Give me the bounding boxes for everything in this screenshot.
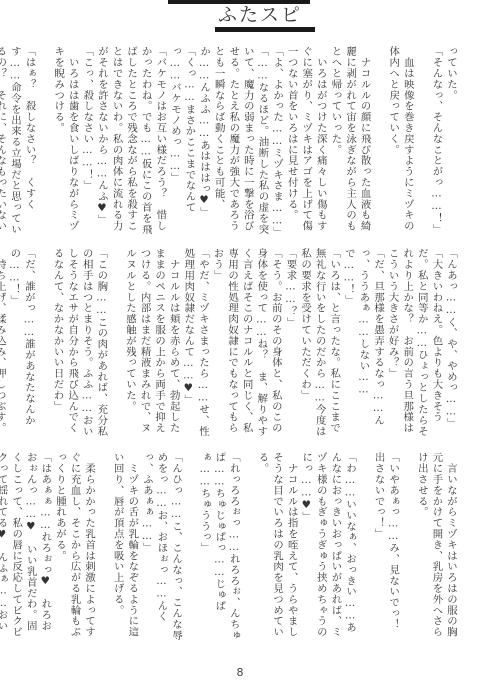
- text-tier-middle: 「んあっ……く、や、やめっ……」 「大きいわねえ。色よりも大きそうだ。私と同等か…: [18, 248, 458, 438]
- paragraph: いろはがつけた深く痛々しい傷もすぐに塞がり、ミヅキはアゴを上げて傷一つない首をい…: [284, 46, 328, 236]
- paragraph: 血は映像を巻き戻すようにミヅキの体内へと戻っていく。: [386, 46, 415, 236]
- paragraph: 「れっろろぉっ……れろろぉ、んちゅぱ……ちゅじゅぱっ……じゅぱぁ……ちゅううっ」: [197, 452, 241, 642]
- paragraph: 「こっ、殺しなさい……！」: [80, 46, 95, 236]
- paragraph: 「この胸……この肉があれば、充分私の相手はつとまりそう。ふふ……おいしそうなエサ…: [50, 248, 108, 438]
- paragraph: 「いろは、と言ったな。私にここまで無礼な行いをしたのだから……今度は私の要求を受…: [297, 248, 341, 438]
- paragraph: 「そんなっ、そんなことがっ……！」: [429, 46, 444, 236]
- paragraph: 「要求……？」: [283, 248, 298, 438]
- page-title: ふたスピ: [218, 4, 302, 26]
- paragraph: 「大きいわねえ。色よりも大きそうだ。私と同等か……ひょっとしたらそれより上かな？…: [385, 248, 443, 438]
- paragraph: 「んあっ……く、や、やめっ……」: [443, 248, 458, 438]
- paragraph: 「くっ……まさかここまでなんてっ……バケモノめっ……」: [167, 46, 196, 236]
- paragraph: ナコルルの顔に飛び散った血液も綺麗に剥がれて宙を泳ぎながら主人のもとへと帰ってい…: [328, 46, 372, 236]
- header-bar-bottom: [215, 27, 315, 32]
- paragraph: ナコルルは頬を赤らめて、勃起したままのペニスを服の上から両手で抑えつける。内部は…: [122, 248, 180, 438]
- paragraph: 言いながらミヅキはいろはの服の胸元に手をかけて開き、乳房を外へさらけ出させる。: [414, 452, 458, 642]
- paragraph: いろはは歯を食いしばりながらミヅキを睨みつける。: [51, 46, 80, 236]
- text-tier-top: っていた。 「そんなっ、そんなことがっ……！」 血は映像を巻き戻すようにミヅキの…: [18, 46, 458, 236]
- text-tier-bottom: 言いながらミヅキはいろはの服の胸元に手をかけて開き、乳房を外へさらけ出させる。 …: [18, 452, 458, 642]
- paragraph: 「だ、旦那様を愚弄するなっ……んっ、ううあぁ……しない……で……！」: [341, 248, 385, 438]
- paragraph: ミヅキの舌が乳輪をなぞるように這い回り、唇が頂点を吸い上げる。: [110, 452, 139, 642]
- paragraph: 持ち上げ、揉み込み、押しつぶす。服の上から乳肉をもてあそぶ手つきに、いろはは不快…: [0, 248, 7, 438]
- paragraph: 「わ……いいなぁ、おっきい……あんなにおっきいおっぱいがあれば、ミヅキ様のもぎゅ…: [299, 452, 357, 642]
- paragraph: 「いやあぁっ……み、見ないでっ！ 出さないでっ！」: [371, 452, 400, 642]
- paragraph: 「やだ、ミヅキさまったら……せ、性処理用肉奴隷だなんて……♥」: [181, 248, 210, 438]
- paragraph: 「……なるほど。油断した私の虚を突いて、魔力の弱まった時に一撃を浴びせる。たとえ…: [197, 46, 270, 236]
- page-header: ふたスピ: [0, 0, 480, 32]
- paragraph: 柔らかかった乳首は刺激によってすぐに充血し、そこから広がる乳輪もぷっくりと腫れあ…: [52, 452, 96, 642]
- paragraph: 「んひっ……こ、こんなっ、こんな辱めをっ……お、おほぉっ……んくっ、ふあぁぁ………: [139, 452, 183, 642]
- paragraph: 「はあぁぁ……れろぉっ♥ れろおおぉんっ……♥ いい乳首だわ。固くしこって、私の…: [0, 452, 52, 642]
- paragraph: 「よ、よかった……ミヅキさま……」: [269, 46, 284, 236]
- paragraph: 「そう。お前のその身体と、私のこの身体を使って……ね？ ま、解りやすく言えばそこ…: [210, 248, 283, 438]
- paragraph: っていた。: [443, 46, 458, 236]
- paragraph: 「はぁ？ 殺しなさい？ くすくす……命令を出来る立場だと思っているの？ それに、…: [0, 46, 37, 236]
- paragraph: ナコルルは指を咥えて、うらやましそうな目でいろはの乳肉を見つめている。: [255, 452, 299, 642]
- paragraph: 「バケモノはお互い様だろう？ 惜しかったわね。でも……仮にこの首を飛ばしたところ…: [94, 46, 167, 236]
- paragraph: 「だ、誰がっ……誰があなたなんかの……！」: [7, 248, 36, 438]
- page-number: 8: [0, 666, 480, 679]
